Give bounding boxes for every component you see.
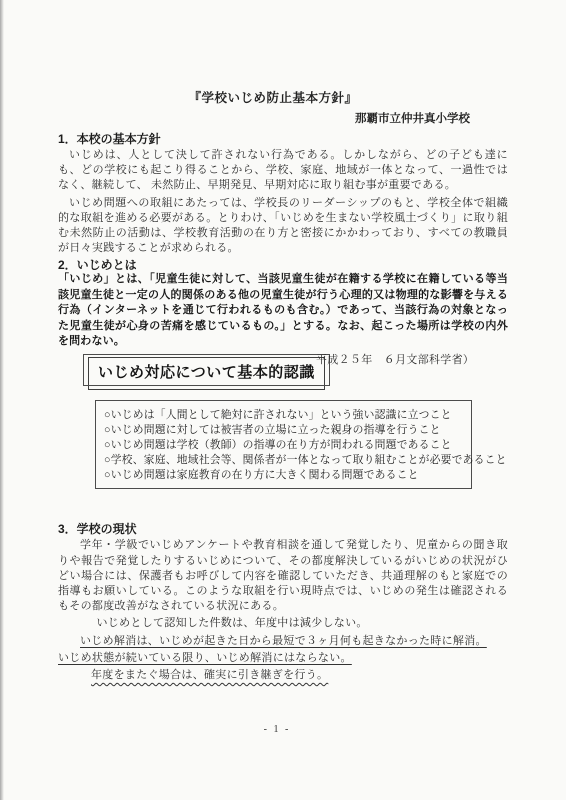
section-current-state: 3．学校の現状 学年・学級でいじめアンケートや教育相談を通して発覚したり、児童か… xyxy=(58,522,508,683)
document-title: 『学校いじめ防止基本方針』 xyxy=(48,90,498,107)
handover-note: 年度をまたぐ場合は、確実に引き継ぎを行う。 xyxy=(91,668,508,683)
recognition-bullet: ○いじめ問題は家庭教育の在り方に大きく関わる問題であること xyxy=(104,468,463,483)
recognition-bullet: ○学校、家庭、地域社会等、関係者が一体となって取り組むことが必要であること xyxy=(104,453,463,468)
recognition-bullet: ○いじめは「人間として絶対に許されない」という強い認識に立つこと xyxy=(104,408,463,423)
section1-paragraph2: いじめ問題への取組にあたっては、学校長のリーダーシップのもと、学校全体で組織的な… xyxy=(58,196,508,257)
school-name: 那覇市立仲井真小学校 xyxy=(58,112,508,126)
page-number: - 1 - xyxy=(0,724,560,735)
section3-paragraph1: 学年・学級でいじめアンケートや教育相談を通して発覚したり、児童からの聞き取りや報… xyxy=(58,538,508,614)
section2-heading: 2．いじめとは xyxy=(58,258,508,272)
section3-paragraph2: いじめとして認知した件数は、年度中は減少しない。 xyxy=(58,616,508,631)
resolution-rule-line2: いじめ状態が続いている限り、いじめ解消にはならない。 xyxy=(58,651,508,666)
scanned-document-page: 『学校いじめ防止基本方針』 那覇市立仲井真小学校 1．本校の基本方針 いじめは、… xyxy=(0,0,566,800)
bullying-definition-text: 「いじめ」とは、「児童生徒に対して、当該児童生徒が在籍する学校に在籍している等当… xyxy=(58,272,508,349)
recognition-bullet-box: ○いじめは「人間として絶対に許されない」という強い認識に立つこと ○いじめ問題に… xyxy=(95,400,472,489)
recognition-heading-box: いじめ対応について基本的認識 xyxy=(88,357,325,390)
section-basic-policy: 1．本校の基本方針 いじめは、人として決して許されない行為である。しかしながら、… xyxy=(58,132,508,256)
recognition-heading: いじめ対応について基本的認識 xyxy=(98,365,315,381)
recognition-bullet: ○いじめ問題は学校（教師）の指導の在り方が問われる問題であること xyxy=(104,438,463,453)
section1-paragraph1: いじめは、人として決して許されない行為である。しかしながら、どの子ども達にも、ど… xyxy=(58,148,508,194)
citation-source: 平成２５年 ６月文部科学省） xyxy=(316,351,474,367)
scan-edge-shadow xyxy=(0,0,4,800)
section3-heading: 3．学校の現状 xyxy=(58,522,508,536)
recognition-header-row: いじめ対応について基本的認識 平成２５年 ６月文部科学省） xyxy=(58,357,508,394)
resolution-rule-line1: いじめ解消は、いじめが起きた日から最短で３ヶ月何も起きなかった時に解消。 xyxy=(80,634,508,649)
section-bullying-definition: 2．いじめとは 「いじめ」とは、「児童生徒に対して、当該児童生徒が在籍する学校に… xyxy=(58,258,508,349)
section1-heading: 1．本校の基本方針 xyxy=(58,132,508,146)
recognition-bullet: ○いじめ問題に対しては被害者の立場に立った親身の指導を行うこと xyxy=(104,423,463,438)
